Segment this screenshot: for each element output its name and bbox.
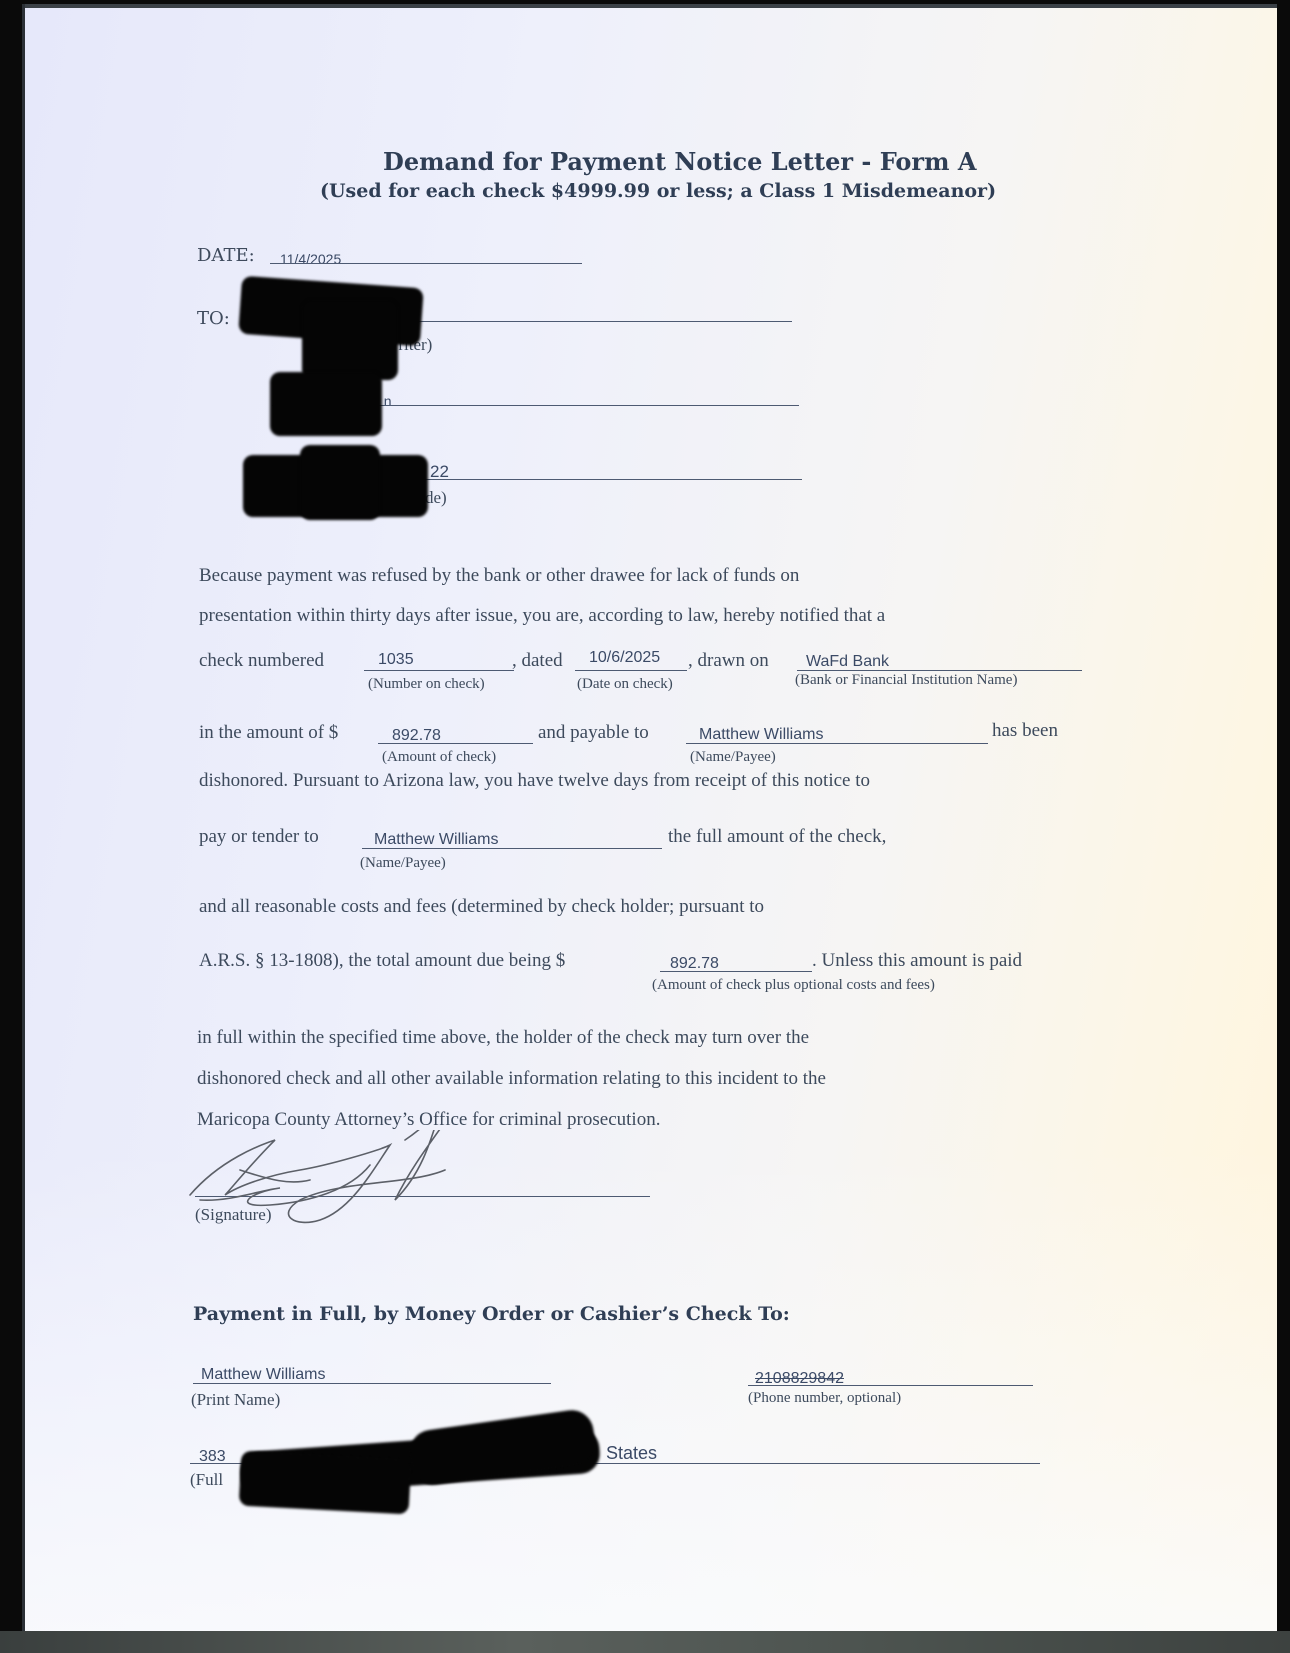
body-line-dishonored: dishonored. Pursuant to Arizona law, you…: [199, 770, 870, 792]
amount-label: in the amount of $: [199, 722, 338, 744]
check-date-underline: [575, 670, 687, 671]
total-label: A.R.S. § 13-1808), the total amount due …: [199, 950, 565, 972]
document-title: Demand for Payment Notice Letter - Form …: [383, 147, 976, 176]
date-field[interactable]: 11/4/2025: [280, 251, 341, 267]
recipient-city-caption: de): [425, 488, 447, 508]
body-line-2: presentation within thirty days after is…: [199, 605, 885, 627]
full-address-caption: (Full: [190, 1470, 223, 1490]
redaction-mark: [270, 372, 382, 436]
caption-number-on-check: (Number on check): [368, 676, 485, 693]
print-name-caption: (Print Name): [191, 1390, 280, 1410]
drawn-on-label: , drawn on: [688, 650, 769, 672]
body-line-full-3: Maricopa County Attorney’s Office for cr…: [197, 1109, 660, 1131]
amount-underline: [378, 743, 533, 744]
payee-underline: [686, 743, 988, 744]
check-number-underline: [364, 670, 514, 671]
check-date-field[interactable]: 10/6/2025: [589, 649, 660, 667]
caption-total-amount: (Amount of check plus optional costs and…: [652, 977, 935, 994]
to-label: TO:: [197, 308, 230, 329]
caption-amount-of-check: (Amount of check): [382, 749, 496, 766]
check-number-field[interactable]: 1035: [378, 651, 414, 669]
has-been-label: has been: [992, 720, 1058, 742]
dated-label: , dated: [512, 650, 563, 672]
tender-payee-field[interactable]: Matthew Williams: [374, 831, 498, 849]
body-line-full-1: in full within the specified time above,…: [197, 1027, 809, 1049]
total-suffix: . Unless this amount is paid: [812, 950, 1022, 972]
body-line-costs: and all reasonable costs and fees (deter…: [199, 896, 764, 918]
tender-label: pay or tender to: [199, 826, 319, 848]
check-numbered-label: check numbered: [199, 650, 324, 672]
body-line-1: Because payment was refused by the bank …: [199, 565, 799, 587]
date-label: DATE:: [197, 245, 255, 266]
payable-to-label: and payable to: [538, 722, 649, 744]
payment-heading: Payment in Full, by Money Order or Cashi…: [193, 1303, 790, 1325]
caption-bank-name: (Bank or Financial Institution Name): [795, 672, 1017, 689]
print-name-field[interactable]: Matthew Williams: [201, 1366, 325, 1384]
body-line-full-2: dishonored check and all other available…: [197, 1068, 826, 1090]
caption-tender-name-payee: (Name/Payee): [360, 855, 446, 872]
document-subtitle: (Used for each check $4999.99 or less; a…: [320, 180, 996, 202]
caption-date-on-check: (Date on check): [577, 676, 673, 693]
redaction-mark: [300, 445, 380, 520]
print-name-underline: [193, 1383, 551, 1384]
total-amount-underline: [660, 971, 812, 972]
full-address-field-tail: States: [606, 1443, 657, 1464]
phone-caption: (Phone number, optional): [748, 1390, 901, 1407]
phone-underline: [748, 1385, 1033, 1386]
bank-name-underline: [797, 670, 1082, 671]
photo-edge: [1278, 0, 1290, 1653]
tender-suffix: the full amount of the check,: [668, 826, 886, 848]
bank-name-field[interactable]: WaFd Bank: [806, 653, 889, 671]
payee-field[interactable]: Matthew Williams: [699, 726, 823, 744]
tender-payee-underline: [362, 848, 662, 849]
background-surface: [0, 1631, 1290, 1653]
redaction-mark: [239, 1451, 412, 1515]
signature-image: [180, 1130, 500, 1230]
date-underline: [270, 263, 582, 264]
caption-name-payee: (Name/Payee): [690, 749, 776, 766]
redaction-mark: [302, 300, 398, 380]
